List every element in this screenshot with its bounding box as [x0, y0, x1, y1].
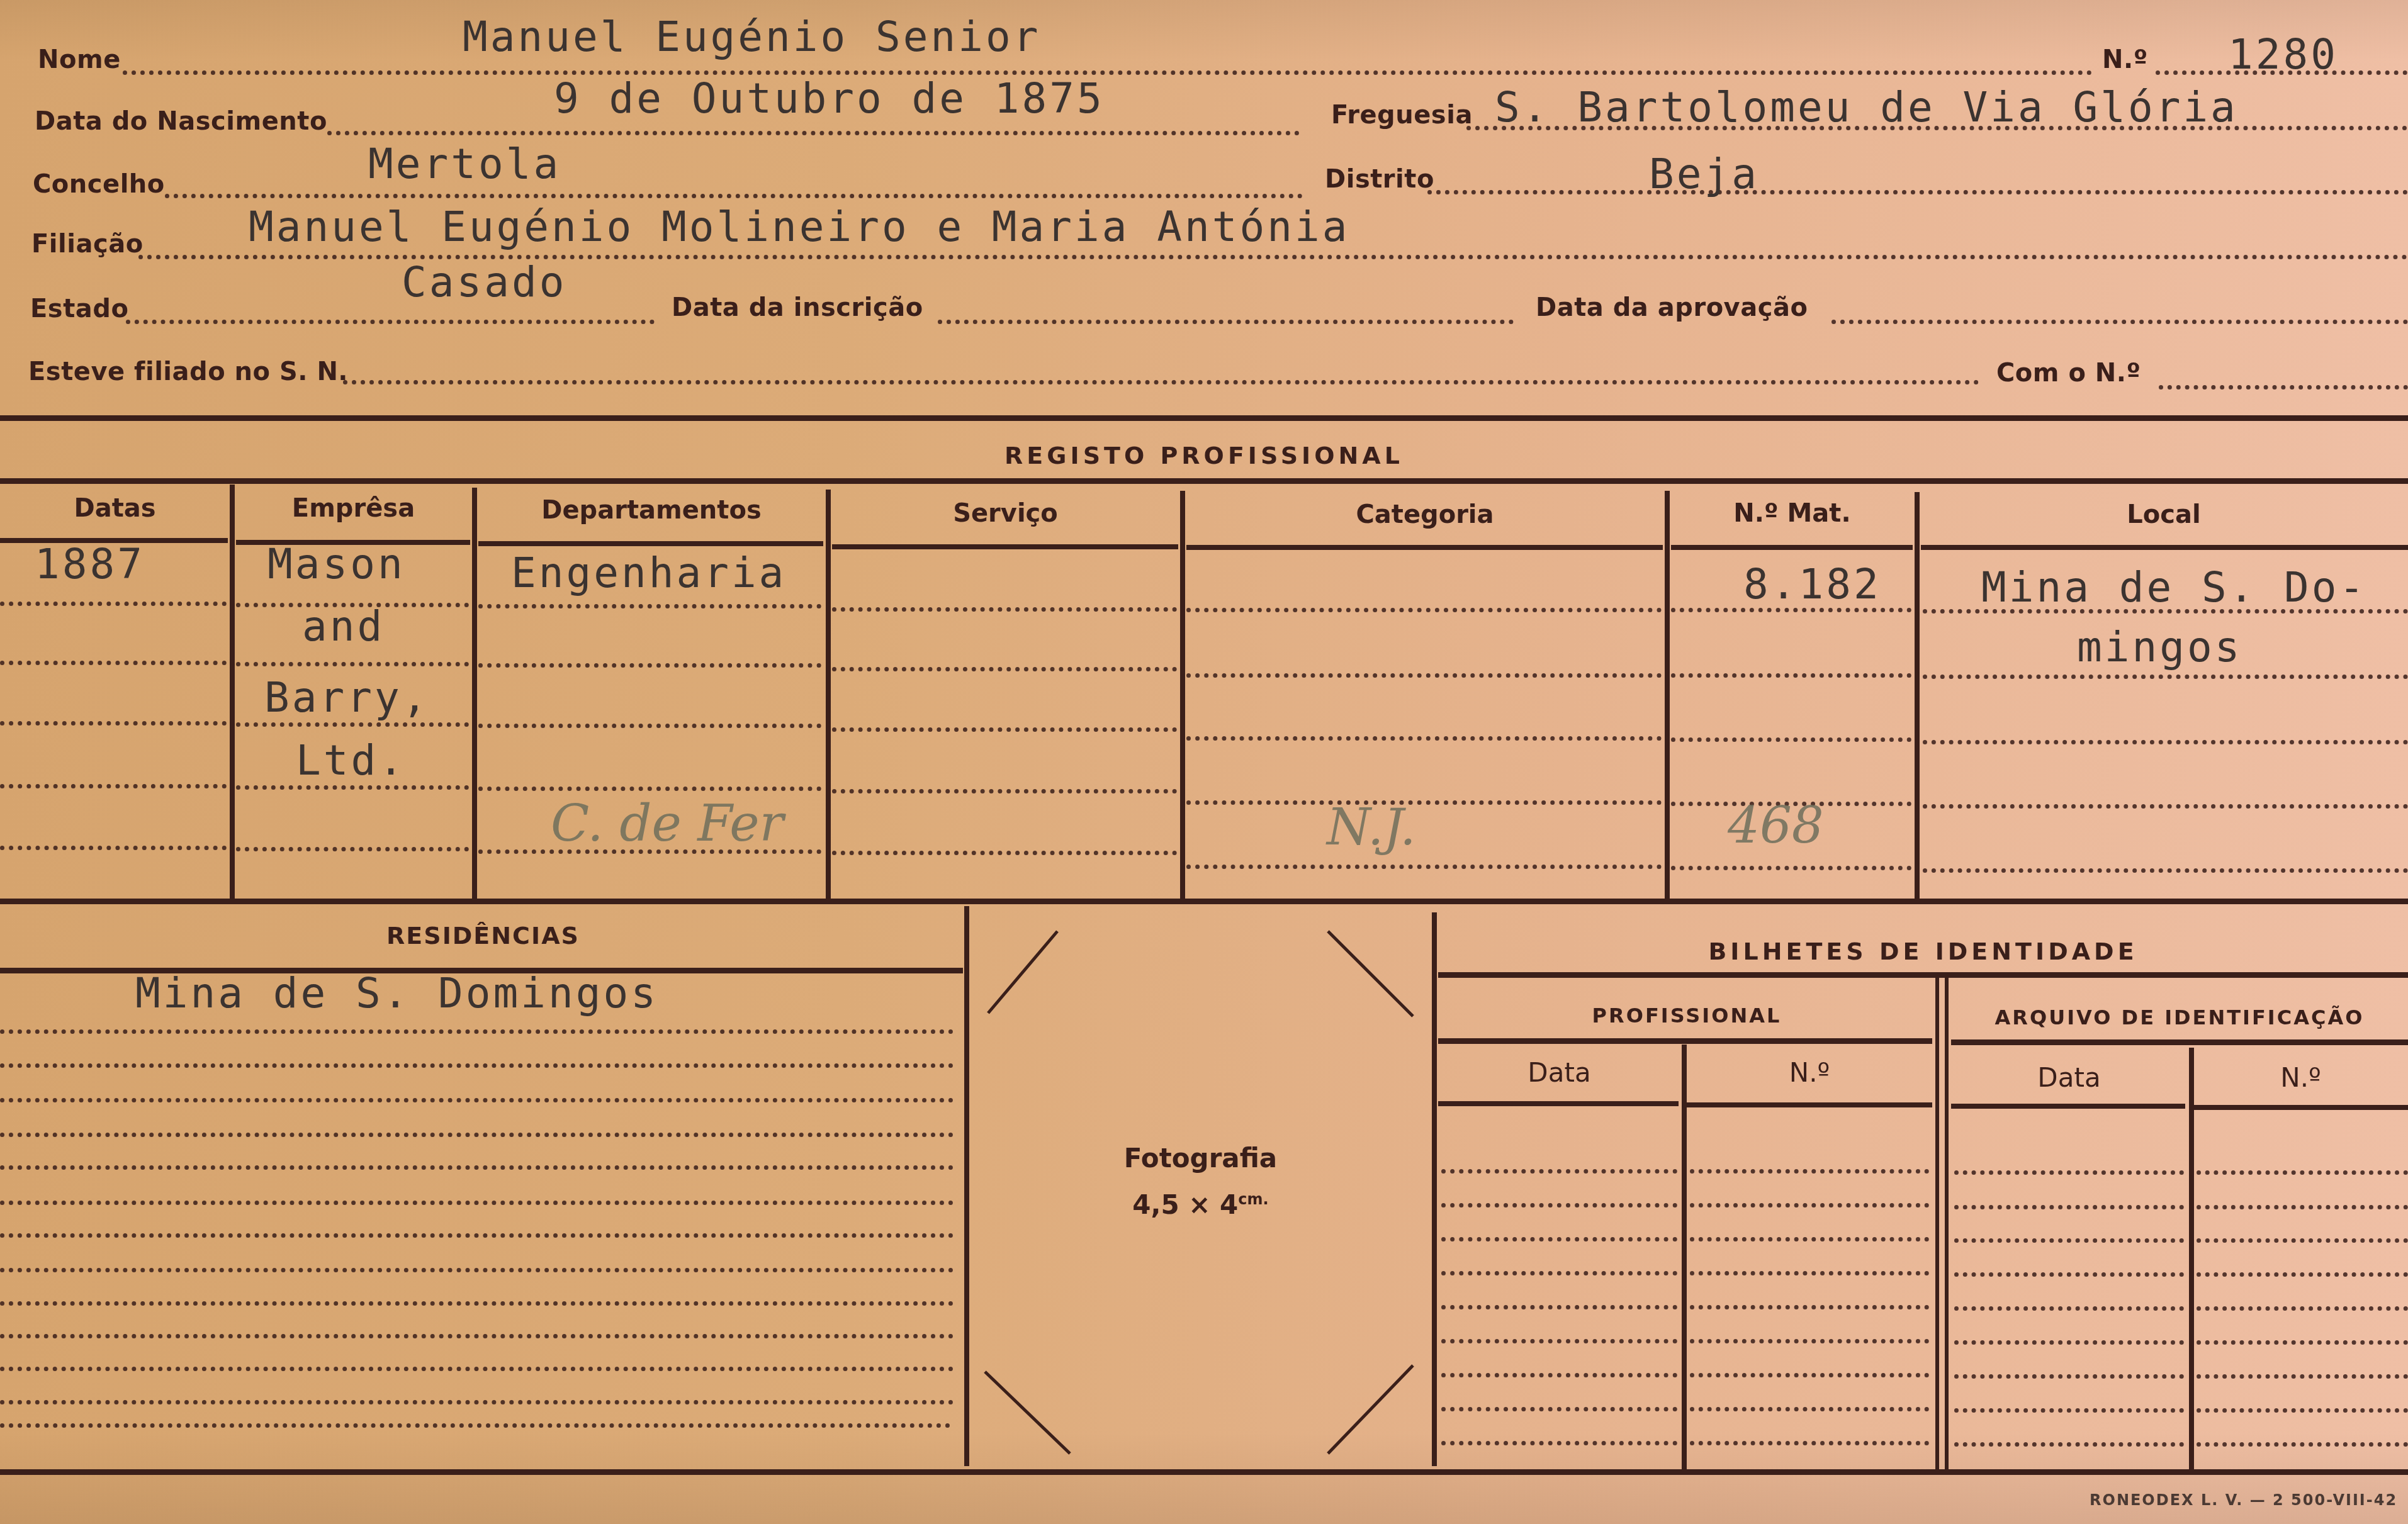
row-line	[0, 1367, 954, 1371]
row-line	[1954, 1205, 2184, 1209]
row-line	[236, 847, 469, 851]
row-line	[478, 724, 821, 728]
divider	[1951, 1039, 2408, 1045]
divider	[0, 478, 2408, 484]
distrito-label: Distrito	[1325, 165, 1434, 194]
header-underline	[832, 544, 1178, 549]
concelho-value: Mertola	[368, 140, 561, 188]
row-line	[1186, 608, 1662, 612]
concelho-label: Concelho	[33, 170, 165, 199]
registo-datas-value: 1887	[35, 540, 145, 588]
header-underline	[1671, 545, 1913, 550]
divider	[0, 415, 2408, 421]
group-divider	[1935, 977, 1939, 1474]
row-line	[0, 1133, 954, 1137]
row-line	[1923, 804, 2408, 809]
row-line	[2197, 1306, 2408, 1311]
row-line	[0, 721, 227, 726]
divider	[0, 1469, 2408, 1475]
bilhetes-group-arquivo-title: ARQUIVO DE IDENTIFICAÇÃO	[1951, 1006, 2408, 1029]
header-underline	[1921, 545, 2408, 550]
distrito-value: Beja	[1649, 150, 1759, 198]
nome-label: Nome	[38, 45, 121, 74]
residencias-title: RESIDÊNCIAS	[0, 922, 966, 950]
bilhetes-title: BILHETES DE IDENTIDADE	[1438, 938, 2408, 965]
row-line	[1671, 866, 1911, 870]
row-line	[832, 789, 1177, 793]
row-line	[1690, 1339, 1929, 1343]
row-line	[1671, 673, 1911, 678]
photo-size: 4,5 × 4cm.	[969, 1189, 1432, 1220]
row-line	[1923, 675, 2408, 679]
bilhetes-arq-col-numero: N.º	[2193, 1062, 2408, 1093]
registo-n-mat-value: 8.182	[1743, 560, 1881, 608]
row-line	[832, 851, 1177, 855]
com-o-numero-line	[2159, 385, 2408, 389]
row-line	[236, 785, 469, 790]
divider	[0, 899, 2408, 904]
row-line	[1923, 868, 2408, 873]
row-line	[1186, 865, 1662, 869]
nome-value: Manuel Eugénio Senior	[463, 13, 1040, 61]
esteve-filiado-line	[343, 380, 1979, 384]
row-line	[1954, 1238, 2184, 1243]
freguesia-value: S. Bartolomeu de Via Glória	[1495, 83, 2238, 132]
row-line	[0, 661, 227, 665]
bilhetes-prof-col-data: Data	[1438, 1057, 1680, 1088]
photo-size-value: 4,5 × 4	[1132, 1189, 1238, 1220]
row-line	[0, 784, 227, 788]
row-line	[1690, 1203, 1929, 1207]
col-header-departamentos: Departamentos	[477, 496, 826, 525]
row-line	[1954, 1340, 2184, 1345]
col-header-categoria: Categoria	[1185, 500, 1665, 529]
row-line	[478, 787, 821, 791]
registo-empresa-line-4: Ltd.	[296, 736, 406, 785]
col-header-datas: Datas	[0, 494, 230, 523]
row-line	[1690, 1407, 1929, 1411]
distrito-line	[1427, 190, 2408, 194]
col-header-local: Local	[1920, 500, 2408, 529]
col-header-servico: Serviço	[831, 499, 1180, 528]
registo-n-mat-handwritten: 468	[1728, 796, 1824, 854]
photo-label: Fotografia	[969, 1143, 1432, 1174]
data-nascimento-label: Data do Nascimento	[35, 107, 327, 136]
row-line	[2197, 1272, 2408, 1277]
registo-categoria-handwritten: N.J.	[1327, 798, 1416, 856]
header-underline	[1951, 1104, 2185, 1109]
registo-empresa-line-3: Barry,	[264, 673, 429, 722]
row-line	[1441, 1203, 1677, 1207]
registo-local-line-1: Mina de S. Do-	[1981, 563, 2366, 612]
row-line	[1954, 1408, 2184, 1413]
row-line	[832, 607, 1177, 612]
row-line	[1690, 1305, 1929, 1309]
column-divider	[1682, 1045, 1687, 1472]
row-line	[1690, 1237, 1929, 1241]
row-line	[236, 722, 469, 727]
photo-size-unit: cm.	[1238, 1191, 1268, 1208]
row-line	[478, 663, 821, 668]
row-line	[0, 1334, 954, 1338]
row-line	[1186, 736, 1662, 741]
column-divider	[1180, 491, 1185, 903]
data-aprovacao-label: Data da aprovação	[1536, 293, 1808, 322]
column-divider	[230, 485, 235, 900]
row-line	[1441, 1441, 1677, 1445]
data-aprovacao-line	[1831, 320, 2408, 324]
row-line	[478, 604, 821, 608]
bilhetes-prof-col-numero: N.º	[1687, 1057, 1932, 1088]
row-line	[1690, 1441, 1929, 1445]
row-line	[1441, 1237, 1677, 1241]
row-line	[832, 667, 1177, 671]
freguesia-label: Freguesia	[1331, 101, 1473, 130]
printer-footer: RONEODEX L. V. — 2 500-VIII-42	[2090, 1491, 2397, 1509]
header-underline	[1687, 1102, 1932, 1107]
row-line	[1954, 1170, 2184, 1175]
row-line	[0, 1423, 950, 1428]
row-line	[1690, 1373, 1929, 1377]
concelho-line	[165, 194, 1303, 198]
row-line	[2197, 1205, 2408, 1209]
divider	[1438, 972, 2408, 978]
row-line	[1186, 800, 1662, 805]
row-line	[0, 1400, 954, 1404]
row-line	[0, 1233, 954, 1238]
divider	[1438, 1038, 1932, 1044]
registo-empresa-line-1: Mason	[267, 540, 405, 588]
registo-departamentos-handwritten: C. de Fer	[551, 794, 784, 853]
photo-box-right-border	[1432, 912, 1437, 1466]
row-line	[1186, 673, 1662, 678]
column-divider	[1915, 492, 1920, 904]
estado-value: Casado	[402, 258, 566, 306]
row-line	[1671, 737, 1911, 742]
nome-line	[123, 70, 2093, 75]
numero-label: N.º	[2102, 45, 2148, 74]
data-nascimento-value: 9 de Outubro de 1875	[554, 74, 1105, 123]
row-line	[832, 727, 1177, 732]
column-divider	[826, 490, 831, 903]
registration-card: Nome Manuel Eugénio Senior N.º 1280 Data…	[0, 0, 2408, 1524]
row-line	[1441, 1339, 1677, 1343]
row-line	[2197, 1238, 2408, 1243]
col-header-n-mat: N.º Mat.	[1670, 499, 1915, 528]
header-underline	[1186, 545, 1663, 550]
row-line	[0, 1063, 954, 1068]
column-divider	[472, 488, 477, 903]
header-underline	[2193, 1105, 2408, 1110]
registo-empresa-line-2: and	[302, 602, 385, 651]
row-line	[1690, 1271, 1929, 1275]
row-line	[1954, 1306, 2184, 1311]
row-line	[1671, 608, 1911, 612]
estado-label: Estado	[30, 294, 128, 323]
row-line	[0, 1098, 954, 1102]
photo-box-left-border	[964, 906, 969, 1466]
group-divider	[1945, 977, 1949, 1474]
row-line	[1441, 1271, 1677, 1275]
row-line	[2197, 1170, 2408, 1175]
col-header-empresa: Emprêsa	[235, 494, 472, 523]
row-line	[236, 662, 469, 666]
bilhetes-group-profissional-title: PROFISSIONAL	[1438, 1004, 1935, 1028]
row-line	[1441, 1305, 1677, 1309]
estado-line	[126, 320, 655, 324]
registo-departamentos-value: Engenharia	[511, 549, 786, 597]
data-inscricao-line	[938, 320, 1514, 324]
row-line	[1690, 1169, 1929, 1174]
residencias-entry-1: Mina de S. Domingos	[135, 969, 658, 1017]
filiacao-label: Filiação	[31, 230, 143, 259]
com-o-numero-label: Com o N.º	[1996, 359, 2141, 388]
row-line	[0, 1029, 954, 1034]
row-line	[0, 1301, 954, 1306]
header-underline	[478, 541, 823, 546]
numero-value: 1280	[2228, 30, 2338, 79]
data-inscricao-label: Data da inscrição	[672, 293, 923, 322]
row-line	[2197, 1374, 2408, 1379]
row-line	[1954, 1374, 2184, 1379]
row-line	[1923, 740, 2408, 744]
row-line	[1954, 1272, 2184, 1277]
column-divider	[2189, 1048, 2194, 1472]
registo-local-line-2: mingos	[2077, 623, 2242, 671]
row-line	[2197, 1408, 2408, 1413]
esteve-filiado-label: Esteve filiado no S. N.	[28, 357, 348, 386]
row-line	[0, 1165, 954, 1170]
registo-profissional-title: REGISTO PROFISSIONAL	[0, 442, 2408, 469]
bilhetes-arq-col-data: Data	[1951, 1062, 2187, 1093]
column-divider	[1665, 491, 1670, 903]
row-line	[1954, 1442, 2184, 1447]
row-line	[0, 1201, 954, 1205]
row-line	[0, 846, 227, 850]
row-line	[1441, 1373, 1677, 1377]
row-line	[1441, 1407, 1677, 1411]
row-line	[2197, 1442, 2408, 1447]
row-line	[2197, 1340, 2408, 1345]
row-line	[0, 602, 227, 606]
row-line	[0, 1268, 954, 1272]
row-line	[1441, 1169, 1677, 1174]
data-nascimento-line	[327, 131, 1300, 135]
filiacao-value: Manuel Eugénio Molineiro e Maria Antónia	[249, 203, 1349, 251]
header-underline	[1438, 1101, 1679, 1106]
